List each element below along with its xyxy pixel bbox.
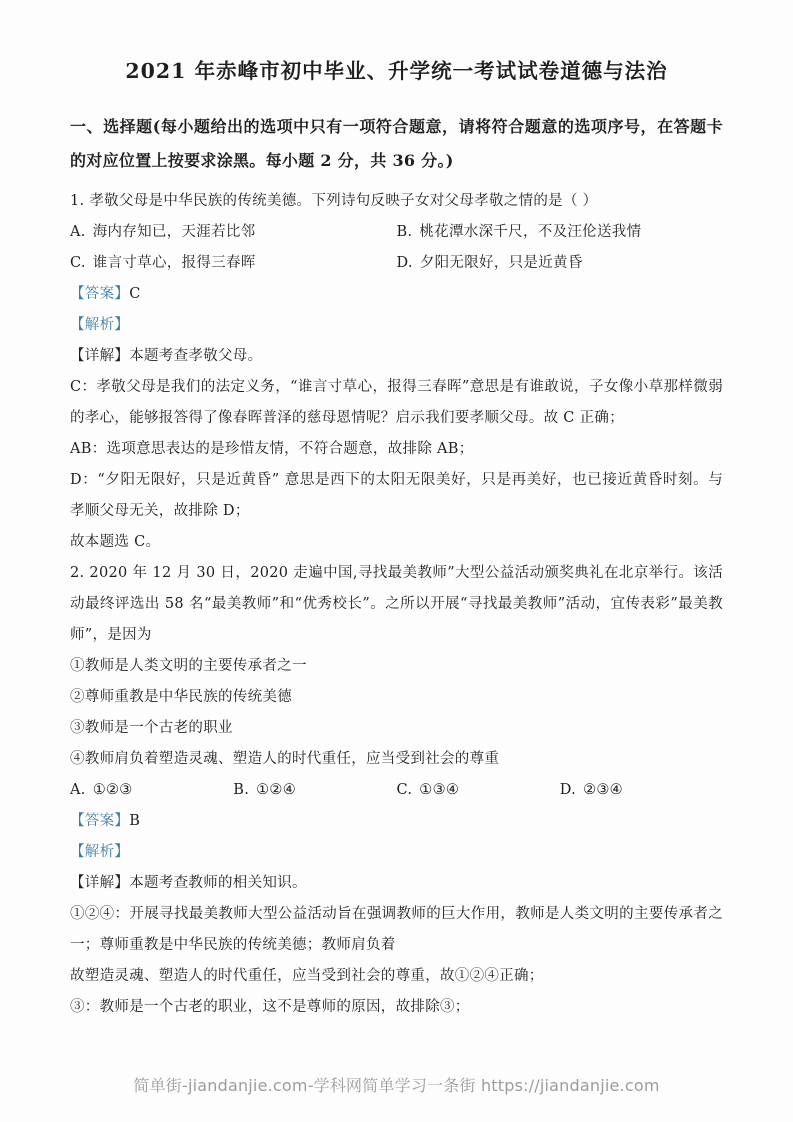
q2-item-1: ①教师是人类文明的主要传承者之一	[70, 651, 723, 682]
q2-option-b-text: ①②④	[256, 782, 296, 798]
q2-item-3: ③教师是一个古老的职业	[70, 713, 723, 744]
q1-explanation-d: D：“夕阳无限好，只是近黄昏” 意思是西下的太阳无限美好，只是再美好，也已接近黄…	[70, 465, 723, 527]
q1-option-d-text: 夕阳无限好，只是近黄昏	[420, 255, 583, 271]
q1-option-c-key: C.	[70, 255, 86, 271]
q2-analysis-label: 【解析】	[70, 837, 723, 868]
q1-answer-label: 【答案】	[70, 286, 129, 302]
q1-explanation-ab: AB：选项意思表达的是珍惜友情，不符合题意，故排除 AB；	[70, 434, 723, 465]
exam-paper-page: 2021 年赤峰市初中毕业、升学统一考试试卷道德与法治 一、选择题(每小题给出的…	[0, 0, 793, 1122]
q1-option-a: A.海内存知已，天涯若比邻	[70, 217, 397, 248]
q1-option-a-key: A.	[70, 224, 86, 240]
q1-option-d: D.夕阳无限好，只是近黄昏	[397, 248, 724, 279]
q1-option-a-text: 海内存知已，天涯若比邻	[93, 224, 256, 240]
q1-answer-line: 【答案】C	[70, 279, 723, 310]
q1-option-b-text: 桃花潭水深千尺，不及汪伦送我情	[419, 224, 641, 240]
q2-explanation-3: ③：教师是一个古老的职业，这不是尊师的原因，故排除③；	[70, 992, 723, 1023]
q2-option-c-key: C.	[397, 782, 413, 798]
q2-item-2: ②尊师重教是中华民族的传统美德	[70, 682, 723, 713]
paper-title: 2021 年赤峰市初中毕业、升学统一考试试卷道德与法治	[70, 56, 723, 86]
q1-detail-label: 【详解】	[70, 348, 129, 364]
q2-option-b: B.①②④	[233, 775, 396, 806]
q2-detail-line: 【详解】本题考查教师的相关知识。	[70, 868, 723, 899]
q2-answer-line: 【答案】B	[70, 806, 723, 837]
section-one-heading: 一、选择题(每小题给出的选项中只有一项符合题意，请将符合题意的选项序号，在答题卡…	[70, 110, 723, 178]
q2-option-c-text: ①③④	[419, 782, 459, 798]
q1-explanation-c: C：孝敬父母是我们的法定义务，“谁言寸草心，报得三春晖”意思是有谁敢说，子女像小…	[70, 372, 723, 434]
q2-detail-intro: 本题考查教师的相关知识。	[129, 875, 307, 891]
q2-stem: 2. 2020 年 12 月 30 日，2020 走遍中国,寻找最美教师”大型公…	[70, 558, 723, 651]
q2-option-a-key: A.	[70, 782, 86, 798]
q1-option-d-key: D.	[397, 255, 413, 271]
q2-option-b-key: B.	[233, 782, 249, 798]
q2-item-4: ④教师肩负着塑造灵魂、塑造人的时代重任，应当受到社会的尊重	[70, 744, 723, 775]
q1-conclusion: 故本题选 C。	[70, 527, 723, 558]
q2-option-d-text: ②③④	[583, 782, 623, 798]
q2-option-a: A.①②③	[70, 775, 233, 806]
q1-options-row-2: C.谁言寸草心，报得三春晖 D.夕阳无限好，只是近黄昏	[70, 248, 723, 279]
q1-detail-intro: 本题考查孝敬父母。	[129, 348, 262, 364]
q2-answer-label: 【答案】	[70, 813, 129, 829]
q1-option-b-key: B.	[397, 224, 413, 240]
q1-analysis-label: 【解析】	[70, 310, 723, 341]
q2-explanation-cont: 故塑造灵魂、塑造人的时代重任，应当受到社会的尊重，故①②④正确；	[70, 961, 723, 992]
q2-option-d: D.②③④	[560, 775, 723, 806]
watermark-footer: 简单街-jiandanjie.com-学科网简单学习一条街 https://ji…	[0, 1073, 793, 1096]
q1-option-c: C.谁言寸草心，报得三春晖	[70, 248, 397, 279]
q2-explanation-124: ①②④：开展寻找最美教师大型公益活动旨在强调教师的巨大作用，教师是人类文明的主要…	[70, 899, 723, 961]
q1-options-row-1: A.海内存知已，天涯若比邻 B.桃花潭水深千尺，不及汪伦送我情	[70, 217, 723, 248]
q2-answer-value: B	[129, 813, 140, 829]
q2-option-d-key: D.	[560, 782, 576, 798]
q1-option-c-text: 谁言寸草心，报得三春晖	[93, 255, 256, 271]
q1-detail-line: 【详解】本题考查孝敬父母。	[70, 341, 723, 372]
q1-stem: 1. 孝敬父母是中华民族的传统美德。下列诗句反映子女对父母孝敬之情的是（ ）	[70, 186, 723, 217]
q2-option-c: C.①③④	[397, 775, 560, 806]
q2-option-a-text: ①②③	[93, 782, 133, 798]
q2-detail-label: 【详解】	[70, 875, 129, 891]
q1-answer-value: C	[129, 286, 140, 302]
q2-options-row: A.①②③ B.①②④ C.①③④ D.②③④	[70, 775, 723, 806]
q1-option-b: B.桃花潭水深千尺，不及汪伦送我情	[397, 217, 724, 248]
